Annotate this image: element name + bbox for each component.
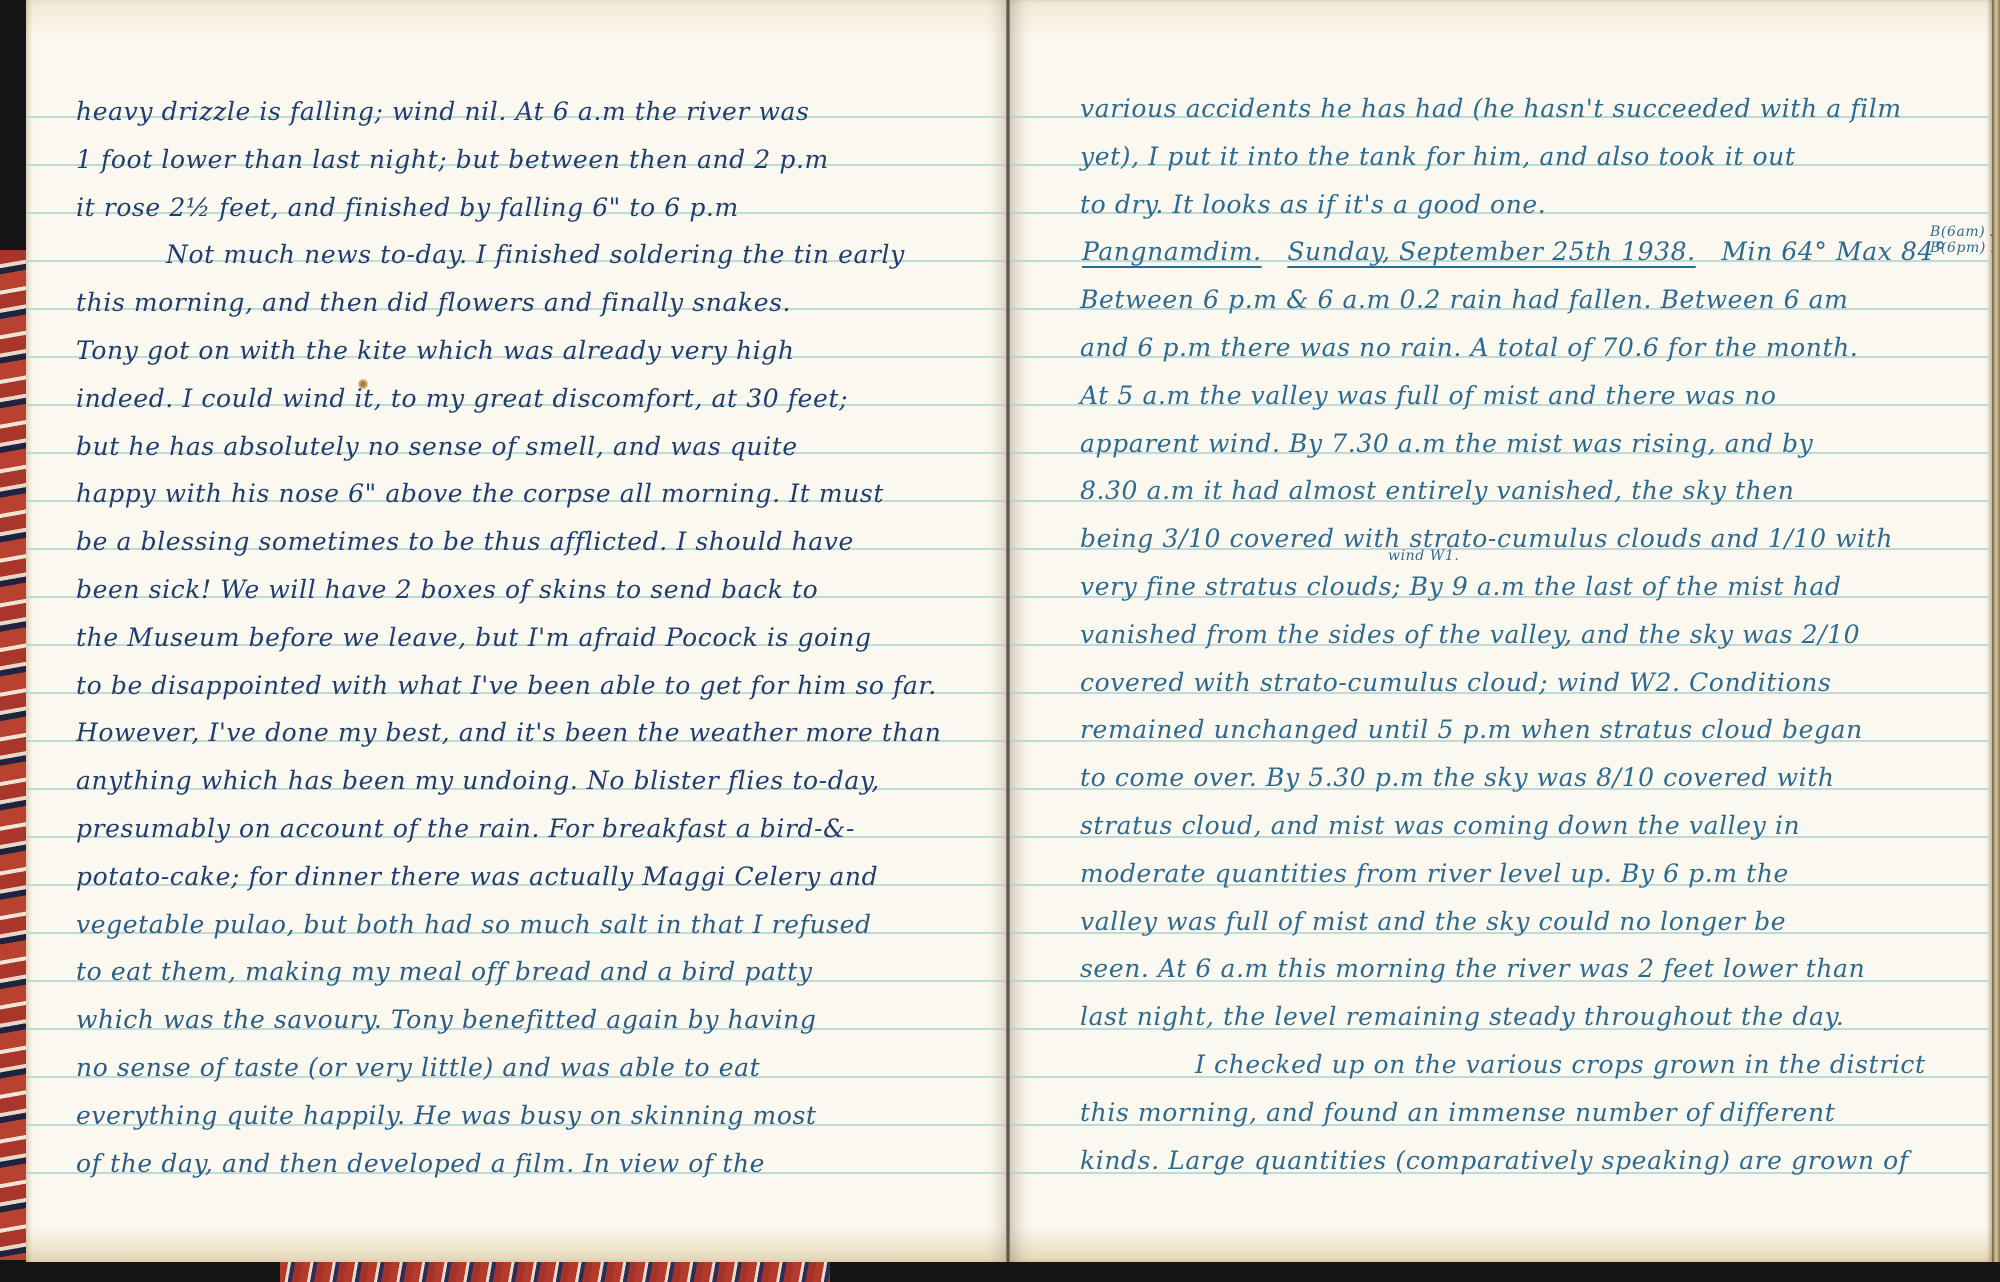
text-line: and 6 p.m there was no rain. A total of … xyxy=(1010,324,1992,372)
left-page-text: heavy drizzle is falling; wind nil. At 6… xyxy=(26,88,1008,1187)
text-line: apparent wind. By 7.30 a.m the mist was … xyxy=(1010,420,1992,468)
text-line: covered with strato-cumulus cloud; wind … xyxy=(1010,659,1992,707)
text-line-with-interlinear: wind W1. very fine stratus clouds; By 9 … xyxy=(1010,563,1992,611)
text-line: the Museum before we leave, but I'm afra… xyxy=(26,614,1008,662)
text-line: no sense of taste (or very little) and w… xyxy=(26,1044,1008,1092)
text-line: seen. At 6 a.m this morning the river wa… xyxy=(1010,945,1992,993)
text-line: to be disappointed with what I've been a… xyxy=(26,662,1008,710)
text-line: happy with his nose 6" above the corpse … xyxy=(26,470,1008,518)
entry-heading: Pangnamdim. Sunday, September 25th 1938.… xyxy=(1010,228,1992,276)
entry-place: Pangnamdim. xyxy=(1082,237,1262,266)
text-line: vanished from the sides of the valley, a… xyxy=(1010,611,1992,659)
text-line: However, I've done my best, and it's bee… xyxy=(26,709,1008,757)
text-line: be a blessing sometimes to be thus affli… xyxy=(26,518,1008,566)
text-line-paragraph-start: I checked up on the various crops grown … xyxy=(1010,1041,1992,1089)
text-line: of the day, and then developed a film. I… xyxy=(26,1140,1008,1188)
text-line: moderate quantities from river level up.… xyxy=(1010,850,1992,898)
entry-date: Sunday, September 25th 1938. xyxy=(1287,237,1695,266)
text-line: valley was full of mist and the sky coul… xyxy=(1010,898,1992,946)
interlinear-note: wind W1. xyxy=(1388,549,1459,563)
text-line: indeed. I could wind it, to my great dis… xyxy=(26,375,1008,423)
text-line: kinds. Large quantities (comparatively s… xyxy=(1010,1137,1992,1185)
text-line: vegetable pulao, but both had so much sa… xyxy=(26,901,1008,949)
text-line-paragraph-start: Not much news to-day. I finished solderi… xyxy=(26,231,1008,279)
text-line: Between 6 p.m & 6 a.m 0.2 rain had falle… xyxy=(1010,276,1992,324)
text-line: 1 foot lower than last night; but betwee… xyxy=(26,136,1008,184)
text-line: various accidents he has had (he hasn't … xyxy=(1010,85,1992,133)
book-fore-edge-right xyxy=(1992,0,2000,1262)
text-line: being 3/10 covered with strato-cumulus c… xyxy=(1010,515,1992,563)
marbled-book-edge-left xyxy=(0,250,26,1260)
text-line: Tony got on with the kite which was alre… xyxy=(26,327,1008,375)
right-page: various accidents he has had (he hasn't … xyxy=(1010,0,1992,1262)
text-line: everything quite happily. He was busy on… xyxy=(26,1092,1008,1140)
text-line: At 5 a.m the valley was full of mist and… xyxy=(1010,372,1992,420)
barometer-readings: B(6am) 26.69 B(6pm) 26.65 xyxy=(1930,224,1992,256)
barometer-am: B(6am) 26.69 xyxy=(1930,224,1992,240)
text-line: but he has absolutely no sense of smell,… xyxy=(26,423,1008,471)
text-line: stratus cloud, and mist was coming down … xyxy=(1010,802,1992,850)
text-line: presumably on account of the rain. For b… xyxy=(26,805,1008,853)
right-page-text: various accidents he has had (he hasn't … xyxy=(1010,85,1992,1184)
text-line: to dry. It looks as if it's a good one. xyxy=(1010,181,1992,229)
temperature-reading: Min 64° Max 84° xyxy=(1721,237,1947,266)
text-line: yet), I put it into the tank for him, an… xyxy=(1010,133,1992,181)
barometer-pm: B(6pm) 26.65 xyxy=(1930,240,1992,256)
text-line: heavy drizzle is falling; wind nil. At 6… xyxy=(26,88,1008,136)
text-line: very fine stratus clouds; By 9 a.m the l… xyxy=(1080,572,1842,601)
text-line: last night, the level remaining steady t… xyxy=(1010,993,1992,1041)
text-line: to eat them, making my meal off bread an… xyxy=(26,948,1008,996)
text-line: 8.30 a.m it had almost entirely vanished… xyxy=(1010,467,1992,515)
text-line: anything which has been my undoing. No b… xyxy=(26,757,1008,805)
text-line: to come over. By 5.30 p.m the sky was 8/… xyxy=(1010,754,1992,802)
text-line: potato-cake; for dinner there was actual… xyxy=(26,853,1008,901)
text-line: remained unchanged until 5 p.m when stra… xyxy=(1010,706,1992,754)
text-line: this morning, and found an immense numbe… xyxy=(1010,1089,1992,1137)
text-line: which was the savoury. Tony benefitted a… xyxy=(26,996,1008,1044)
text-line: it rose 2½ feet, and finished by falling… xyxy=(26,184,1008,232)
text-line: this morning, and then did flowers and f… xyxy=(26,279,1008,327)
text-line: been sick! We will have 2 boxes of skins… xyxy=(26,566,1008,614)
marbled-book-edge-bottom xyxy=(280,1262,830,1282)
left-page: heavy drizzle is falling; wind nil. At 6… xyxy=(26,0,1008,1262)
